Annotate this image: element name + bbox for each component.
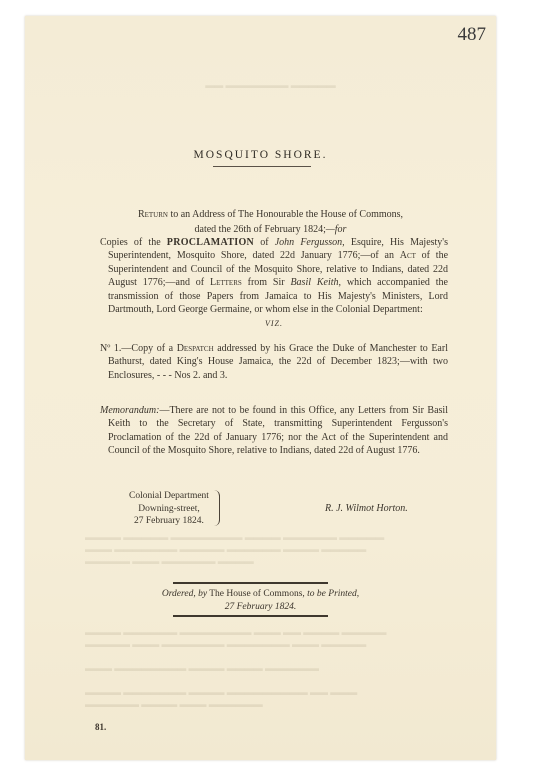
return-address: Return to an Address of The Honourable t… (85, 207, 456, 237)
return-lead: Return (138, 209, 168, 220)
ordered-top-rule (173, 582, 328, 584)
signatory: R. J. Wilmot Horton. (325, 503, 408, 514)
ordered-by: Ordered, by (162, 589, 207, 599)
bleed-through-text: ▬▬▬▬ ▬▬▬▬▬ ▬▬▬▬▬▬▬▬ ▬▬▬▬ ▬▬▬▬▬▬ ▬▬▬▬▬▬▬▬… (85, 531, 456, 567)
viz-label: VIZ. (100, 317, 448, 330)
name-fergusson: John Fergusson, (275, 237, 345, 248)
ordered-bottom-rule (173, 615, 328, 617)
despatch-word: Despatch (177, 343, 214, 354)
return-for: —for (326, 224, 347, 235)
copies-text: from Sir (242, 277, 291, 288)
return-line2: dated the 26th of February 1824; (195, 224, 326, 235)
ordered-to-print: Ordered, by The House of Commons, to be … (115, 588, 406, 613)
place-line2: Downing-street, (129, 503, 209, 516)
copies-paragraph: Copies of the PROCLAMATION of John Fergu… (100, 236, 448, 331)
brace (214, 490, 220, 526)
act-word: Act (400, 250, 416, 261)
place-line1: Colonial Department (129, 490, 209, 503)
ordered-date: 27 February 1824. (225, 602, 297, 612)
item-1: Nº 1.—Copy of a Despatch addressed by hi… (100, 342, 448, 382)
letters-word: Letters (210, 277, 242, 288)
copies-text: Copies of the (100, 237, 167, 248)
return-line1: to an Address of The Honourable the Hous… (168, 209, 403, 220)
signature-date: 27 February 1824. (129, 515, 209, 528)
memorandum-label: Memorandum: (100, 405, 159, 416)
memorandum: Memorandum:—There are not to be found in… (100, 404, 448, 458)
document-title: MOSQUITO SHORE. (25, 149, 496, 161)
name-keith: Basil Keith, (290, 277, 341, 288)
page-number: 487 (458, 24, 487, 46)
signature-place-date: Colonial Department Downing-street, 27 F… (129, 490, 209, 528)
ordered-printed: to be Printed, (307, 589, 359, 599)
bleed-through-text: ▬▬ ▬▬▬▬▬▬▬ ▬▬▬▬▬ (85, 79, 456, 91)
item1-text: Nº 1.—Copy of a (100, 343, 177, 354)
footer-number: 81. (95, 722, 106, 732)
ordered-house: The House of Commons, (207, 589, 307, 599)
copies-text: of (254, 237, 275, 248)
memorandum-text: —There are not to be found in this Offic… (108, 405, 448, 456)
title-underline (213, 166, 311, 167)
proclamation-word: PROCLAMATION (167, 237, 254, 248)
bleed-through-text: ▬▬▬▬ ▬▬▬▬▬▬ ▬▬▬▬▬▬▬▬ ▬▬▬ ▬▬ ▬▬▬▬ ▬▬▬▬▬▬▬… (85, 626, 456, 710)
document-page: 487 ▬▬ ▬▬▬▬▬▬▬ ▬▬▬▬▬ MOSQUITO SHORE. Ret… (25, 16, 496, 760)
